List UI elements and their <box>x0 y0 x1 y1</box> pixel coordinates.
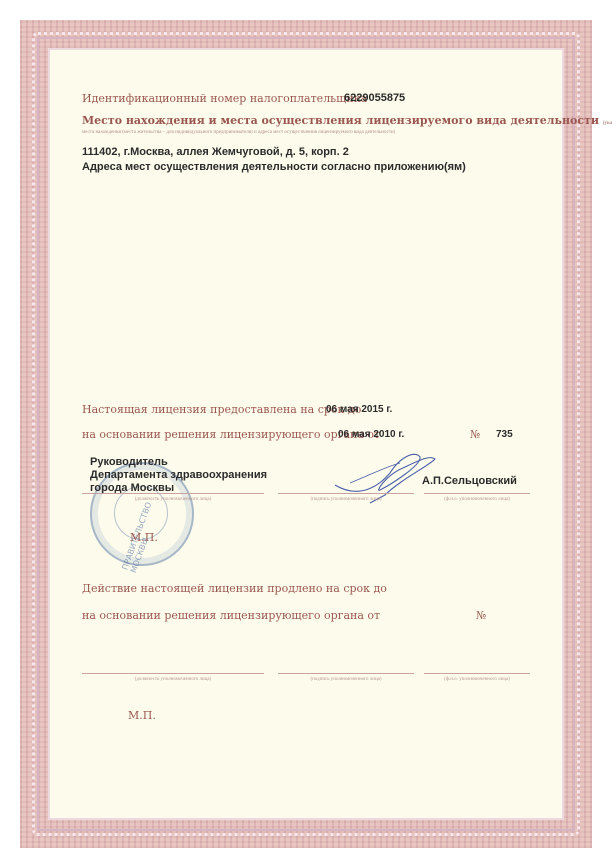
inn-label: Идентификационный номер налогоплательщик… <box>82 92 367 105</box>
signatory-position-line-1: Руководитель <box>90 456 267 469</box>
caption-signature: (подпись уполномоченного лица) <box>278 497 414 502</box>
extension-caption-signature: (подпись уполномоченного лица) <box>278 677 414 682</box>
address-note: Адреса мест осуществления деятельности с… <box>82 161 466 173</box>
signatory-position-line-2: Департамента здравоохранения <box>90 469 267 482</box>
signatory-name: А.П.Сельцовский <box>422 475 517 487</box>
extension-decision-label: на основании решения лицензирующего орга… <box>82 609 380 622</box>
number-sign: № <box>470 428 480 441</box>
extension-label: Действие настоящей лицензии продлено на … <box>82 582 387 595</box>
signatory-position: Руководитель Департамента здравоохранени… <box>90 456 267 495</box>
address: 111402, г.Москва, аллея Жемчуговой, д. 5… <box>82 146 349 158</box>
decision-label: на основании решения лицензирующего орга… <box>82 428 380 441</box>
seal-label-2: М.П. <box>128 709 156 722</box>
decision-date: 06 мая 2010 г. <box>338 429 404 440</box>
term-value: 06 мая 2015 г. <box>326 404 392 415</box>
position-line <box>82 493 264 494</box>
term-label: Настоящая лицензия предоставлена на срок… <box>82 403 361 416</box>
seal-label: М.П. <box>130 531 158 544</box>
inn-value: 6229055875 <box>344 92 405 104</box>
location-label: Место нахождения и места осуществления л… <box>82 114 612 127</box>
extension-number-sign: № <box>476 609 486 622</box>
extension-caption-name: (ф.и.о. уполномоченного лица) <box>424 677 530 682</box>
signature-line <box>278 493 414 494</box>
extension-name-line <box>424 673 530 674</box>
extension-signature-line <box>278 673 414 674</box>
extension-position-line <box>82 673 264 674</box>
location-hint-2: места нахождения (места жительства – для… <box>82 130 395 135</box>
name-line <box>424 493 530 494</box>
caption-name: (ф.и.о. уполномоченного лица) <box>424 497 530 502</box>
caption-position: (должность уполномоченного лица) <box>82 497 264 502</box>
decision-number: 735 <box>496 429 513 440</box>
location-hint: (указывается адрес <box>603 121 612 126</box>
location-label-text: Место нахождения и места осуществления л… <box>82 114 599 127</box>
extension-caption-position: (должность уполномоченного лица) <box>82 677 264 682</box>
